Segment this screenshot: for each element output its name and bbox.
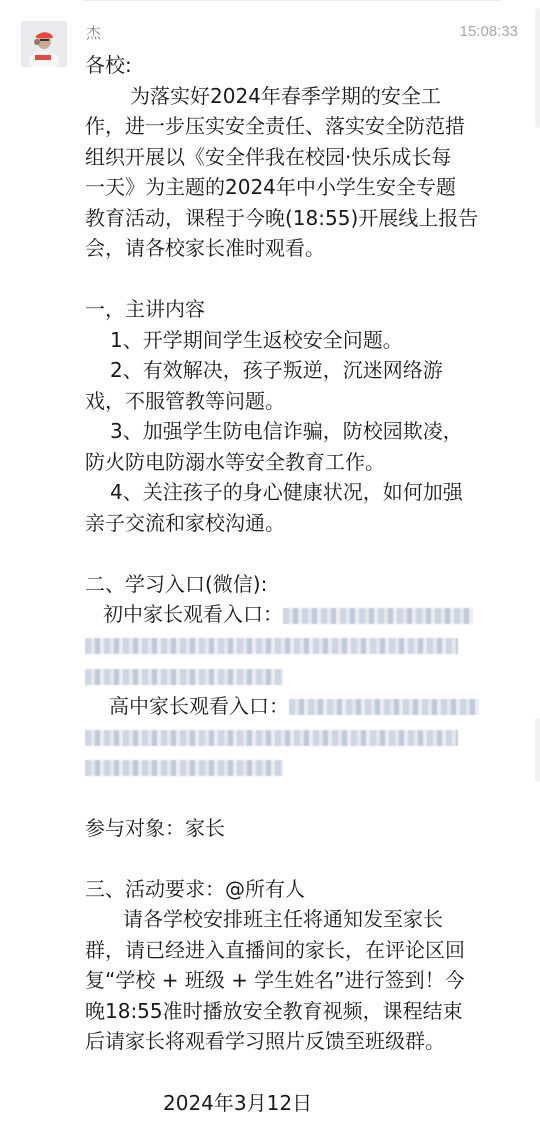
section1-item-cont: 戏，不服管教等问题。 bbox=[85, 386, 525, 417]
senior-link-redacted[interactable] bbox=[289, 699, 479, 715]
section1-item: 3、加强学生防电信诈骗，防校园欺凌， bbox=[85, 416, 525, 447]
avatar-person-red-cap-icon bbox=[21, 21, 67, 67]
scrollbar[interactable] bbox=[535, 8, 540, 128]
section1-item: 2、有效解决，孩子叛逆，沉迷网络游 bbox=[85, 355, 525, 386]
participants: 参与对象：家长 bbox=[85, 813, 525, 844]
top-divider bbox=[82, 0, 502, 1]
section3-line: 复“学校 + 班级 + 学生姓名”进行签到！今 bbox=[85, 965, 525, 996]
junior-link-cont bbox=[85, 660, 525, 691]
junior-entry-label: 初中家长观看入口： bbox=[103, 602, 283, 626]
message-timestamp: 15:08:33 bbox=[460, 23, 518, 40]
sender-name: 杰 bbox=[86, 22, 101, 43]
senior-link-cont bbox=[85, 752, 525, 783]
junior-link-redacted[interactable] bbox=[85, 638, 458, 654]
section3-line: 后请家长将观看学习照片反馈至班级群。 bbox=[85, 1026, 525, 1057]
greeting: 各校: bbox=[85, 50, 525, 81]
section1-title: 一，主讲内容 bbox=[85, 294, 525, 325]
section1-item-cont: 亲子交流和家校沟通。 bbox=[85, 508, 525, 539]
section3-line: 晚18:55准时播放安全教育视频，课程结束 bbox=[85, 996, 525, 1027]
section2-title: 二、学习入口(微信): bbox=[85, 569, 525, 600]
avatar[interactable] bbox=[21, 21, 67, 67]
junior-link-cont bbox=[85, 630, 525, 661]
message-body[interactable]: 各校: 为落实好2024年春季学期的安全工 作，进一步压实安全责任、落实安全防范… bbox=[85, 50, 525, 1057]
intro-line: 作，进一步压实安全责任、落实安全防范措 bbox=[85, 111, 525, 142]
message-date: 2024年3月12日 bbox=[163, 1087, 312, 1116]
section3-line: 请各学校安排班主任将通知发至家长 bbox=[85, 904, 525, 935]
section3-title: 三、活动要求：@所有人 bbox=[85, 874, 525, 905]
senior-entry-label: 高中家长观看入口： bbox=[109, 694, 289, 718]
spacer bbox=[85, 782, 525, 813]
section1-item: 1、开学期间学生返校安全问题。 bbox=[85, 325, 525, 356]
senior-link-redacted[interactable] bbox=[85, 760, 283, 776]
senior-entry: 高中家长观看入口： bbox=[85, 691, 525, 722]
junior-entry: 初中家长观看入口： bbox=[85, 599, 525, 630]
spacer bbox=[85, 538, 525, 569]
section1-item: 4、关注孩子的身心健康状况，如何加强 bbox=[85, 477, 525, 508]
spacer bbox=[85, 843, 525, 874]
scrollbar-secondary bbox=[535, 718, 540, 782]
intro-line: 会，请各校家长准时观看。 bbox=[85, 233, 525, 264]
spacer bbox=[85, 264, 525, 295]
intro-line: 教育活动，课程于今晚(18:55)开展线上报告 bbox=[85, 203, 525, 234]
section1-item-cont: 防火防电防溺水等安全教育工作。 bbox=[85, 447, 525, 478]
intro-line: 为落实好2024年春季学期的安全工 bbox=[85, 81, 525, 112]
senior-link-cont bbox=[85, 721, 525, 752]
section3-line: 群，请已经进入直播间的家长，在评论区回 bbox=[85, 935, 525, 966]
senior-link-redacted[interactable] bbox=[85, 730, 458, 746]
junior-link-redacted[interactable] bbox=[85, 669, 283, 685]
intro-line: 一天》为主题的2024年中小学生安全专题 bbox=[85, 172, 525, 203]
junior-link-redacted[interactable] bbox=[283, 608, 473, 624]
intro-line: 组织开展以《安全伴我在校园·快乐成长每 bbox=[85, 142, 525, 173]
